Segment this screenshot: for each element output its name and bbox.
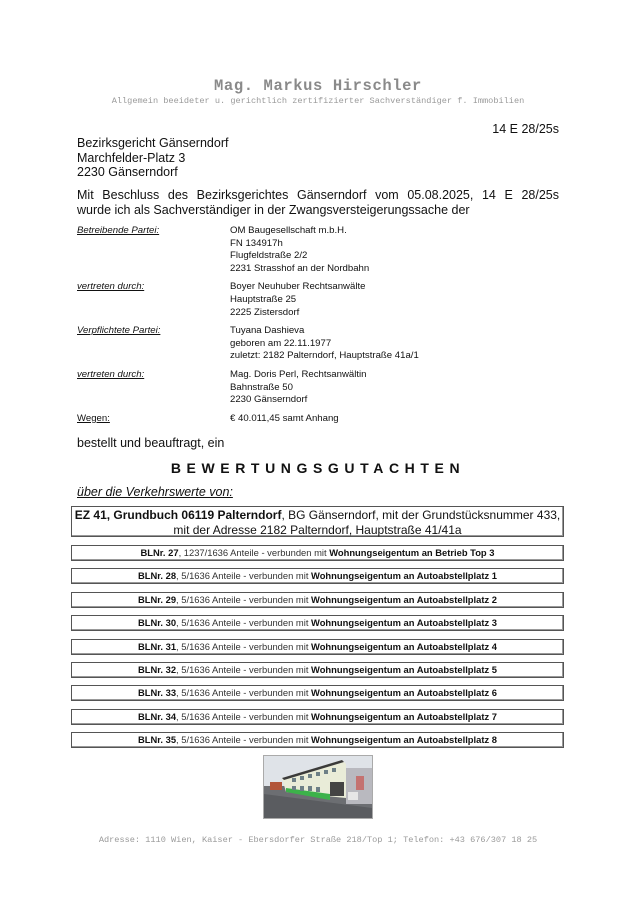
party-betreibende: Betreibende Partei: OM Baugesellschaft m… bbox=[77, 225, 419, 275]
court-address-line: Bezirksgericht Gänserndorf bbox=[77, 136, 228, 151]
property-summary-line-2: mit der Adresse 2182 Palterndorf, Haupts… bbox=[72, 523, 563, 538]
party-representative-2: vertreten durch: Mag. Doris Perl, Rechts… bbox=[77, 369, 419, 407]
bl-item-box: BLNr. 27, 1237/1636 Anteile - verbunden … bbox=[71, 545, 564, 561]
party-label: Wegen: bbox=[77, 413, 230, 426]
bl-share: , 5/1636 Anteile - verbunden mit bbox=[176, 711, 311, 722]
party-line: Tuyana Dashieva bbox=[230, 325, 419, 338]
property-summary-rest: , BG Gänserndorf, mit der Grundstücksnum… bbox=[281, 508, 560, 522]
bl-number: BLNr. 27 bbox=[141, 547, 179, 558]
court-address-line: Marchfelder-Platz 3 bbox=[77, 151, 228, 166]
property-summary-box: EZ 41, Grundbuch 06119 Palterndorf, BG G… bbox=[71, 506, 564, 537]
bl-number: BLNr. 28 bbox=[138, 570, 176, 581]
bl-object: Wohnungseigentum an Autoabstellplatz 5 bbox=[311, 664, 497, 675]
intro-paragraph: Mit Beschluss des Bezirksgerichtes Gänse… bbox=[77, 188, 559, 217]
bl-object: Wohnungseigentum an Autoabstellplatz 1 bbox=[311, 570, 497, 581]
bl-share: , 5/1636 Anteile - verbunden mit bbox=[176, 617, 311, 628]
bl-number: BLNr. 31 bbox=[138, 641, 176, 652]
party-line: 2231 Strasshof an der Nordbahn bbox=[230, 263, 369, 276]
court-address: Bezirksgericht Gänserndorf Marchfelder-P… bbox=[77, 136, 228, 180]
building-photo-image bbox=[264, 756, 372, 818]
party-representative-1: vertreten durch: Boyer Neuhuber Rechtsan… bbox=[77, 281, 419, 319]
party-line: Hauptstraße 25 bbox=[230, 294, 365, 307]
party-wegen: Wegen: € 40.011,45 samt Anhang bbox=[77, 413, 419, 426]
bl-number: BLNr. 30 bbox=[138, 617, 176, 628]
letterhead-name: Mag. Markus Hirschler bbox=[0, 77, 636, 95]
bl-share: , 5/1636 Anteile - verbunden mit bbox=[176, 687, 311, 698]
bl-share: , 5/1636 Anteile - verbunden mit bbox=[176, 570, 311, 581]
party-value: OM Baugesellschaft m.b.H. FN 134917h Flu… bbox=[230, 225, 369, 275]
party-value: Boyer Neuhuber Rechtsanwälte Hauptstraße… bbox=[230, 281, 365, 319]
parties-list: Betreibende Partei: OM Baugesellschaft m… bbox=[77, 225, 419, 431]
bl-object: Wohnungseigentum an Betrieb Top 3 bbox=[329, 547, 494, 558]
party-line: FN 134917h bbox=[230, 238, 369, 251]
bl-object: Wohnungseigentum an Autoabstellplatz 4 bbox=[311, 641, 497, 652]
bl-item-box: BLNr. 28, 5/1636 Anteile - verbunden mit… bbox=[71, 568, 564, 584]
bl-number: BLNr. 29 bbox=[138, 594, 176, 605]
bl-number: BLNr. 33 bbox=[138, 687, 176, 698]
party-label: vertreten durch: bbox=[77, 281, 230, 319]
intro-line-2: wurde ich als Sachverständiger in der Zw… bbox=[77, 203, 470, 217]
bl-share: , 5/1636 Anteile - verbunden mit bbox=[176, 664, 311, 675]
case-reference: 14 E 28/25s bbox=[492, 122, 559, 136]
party-line: OM Baugesellschaft m.b.H. bbox=[230, 225, 369, 238]
party-line: 2225 Zistersdorf bbox=[230, 307, 365, 320]
footer-address: Adresse: 1110 Wien, Kaiser - Ebersdorfer… bbox=[0, 835, 636, 845]
court-address-line: 2230 Gänserndorf bbox=[77, 165, 228, 180]
party-label: vertreten durch: bbox=[77, 369, 230, 407]
bl-item-box: BLNr. 32, 5/1636 Anteile - verbunden mit… bbox=[71, 662, 564, 678]
document-subtitle: über die Verkehrswerte von: bbox=[77, 485, 233, 499]
party-line: Bahnstraße 50 bbox=[230, 382, 367, 395]
bl-share: , 5/1636 Anteile - verbunden mit bbox=[176, 594, 311, 605]
bl-number: BLNr. 34 bbox=[138, 711, 176, 722]
party-value: Mag. Doris Perl, Rechtsanwältin Bahnstra… bbox=[230, 369, 367, 407]
party-value: Tuyana Dashieva geboren am 22.11.1977 zu… bbox=[230, 325, 419, 363]
intro-line-1: Mit Beschluss des Bezirksgerichtes Gänse… bbox=[77, 188, 559, 203]
bl-item-box: BLNr. 31, 5/1636 Anteile - verbunden mit… bbox=[71, 639, 564, 655]
bl-item-box: BLNr. 29, 5/1636 Anteile - verbunden mit… bbox=[71, 592, 564, 608]
party-line: zuletzt: 2182 Palterndorf, Hauptstraße 4… bbox=[230, 350, 419, 363]
bl-item-box: BLNr. 35, 5/1636 Anteile - verbunden mit… bbox=[71, 732, 564, 748]
bl-object: Wohnungseigentum an Autoabstellplatz 8 bbox=[311, 734, 497, 745]
bl-number: BLNr. 35 bbox=[138, 734, 176, 745]
party-verpflichtete: Verpflichtete Partei: Tuyana Dashieva ge… bbox=[77, 325, 419, 363]
party-line: € 40.011,45 samt Anhang bbox=[230, 413, 339, 426]
party-line: Mag. Doris Perl, Rechtsanwältin bbox=[230, 369, 367, 382]
document-title: BEWERTUNGSGUTACHTEN bbox=[0, 460, 636, 476]
party-line: Boyer Neuhuber Rechtsanwälte bbox=[230, 281, 365, 294]
party-line: 2230 Gänserndorf bbox=[230, 394, 367, 407]
bl-object: Wohnungseigentum an Autoabstellplatz 3 bbox=[311, 617, 497, 628]
bl-item-box: BLNr. 34, 5/1636 Anteile - verbunden mit… bbox=[71, 709, 564, 725]
bl-object: Wohnungseigentum an Autoabstellplatz 6 bbox=[311, 687, 497, 698]
building-photo bbox=[263, 755, 373, 819]
bl-share: , 5/1636 Anteile - verbunden mit bbox=[176, 641, 311, 652]
party-value: € 40.011,45 samt Anhang bbox=[230, 413, 339, 426]
bl-item-box: BLNr. 30, 5/1636 Anteile - verbunden mit… bbox=[71, 615, 564, 631]
bl-share: , 5/1636 Anteile - verbunden mit bbox=[176, 734, 311, 745]
party-label: Verpflichtete Partei: bbox=[77, 325, 230, 363]
bl-object: Wohnungseigentum an Autoabstellplatz 2 bbox=[311, 594, 497, 605]
bl-share: , 1237/1636 Anteile - verbunden mit bbox=[179, 547, 330, 558]
property-summary-bold: EZ 41, Grundbuch 06119 Palterndorf bbox=[75, 508, 282, 522]
party-line: Flugfeldstraße 2/2 bbox=[230, 250, 369, 263]
bl-item-box: BLNr. 33, 5/1636 Anteile - verbunden mit… bbox=[71, 685, 564, 701]
appointment-text: bestellt und beauftragt, ein bbox=[77, 436, 224, 450]
bl-number: BLNr. 32 bbox=[138, 664, 176, 675]
party-label: Betreibende Partei: bbox=[77, 225, 230, 275]
letterhead-subtitle: Allgemein beeideter u. gerichtlich zerti… bbox=[0, 96, 636, 106]
bl-object: Wohnungseigentum an Autoabstellplatz 7 bbox=[311, 711, 497, 722]
party-line: geboren am 22.11.1977 bbox=[230, 338, 419, 351]
